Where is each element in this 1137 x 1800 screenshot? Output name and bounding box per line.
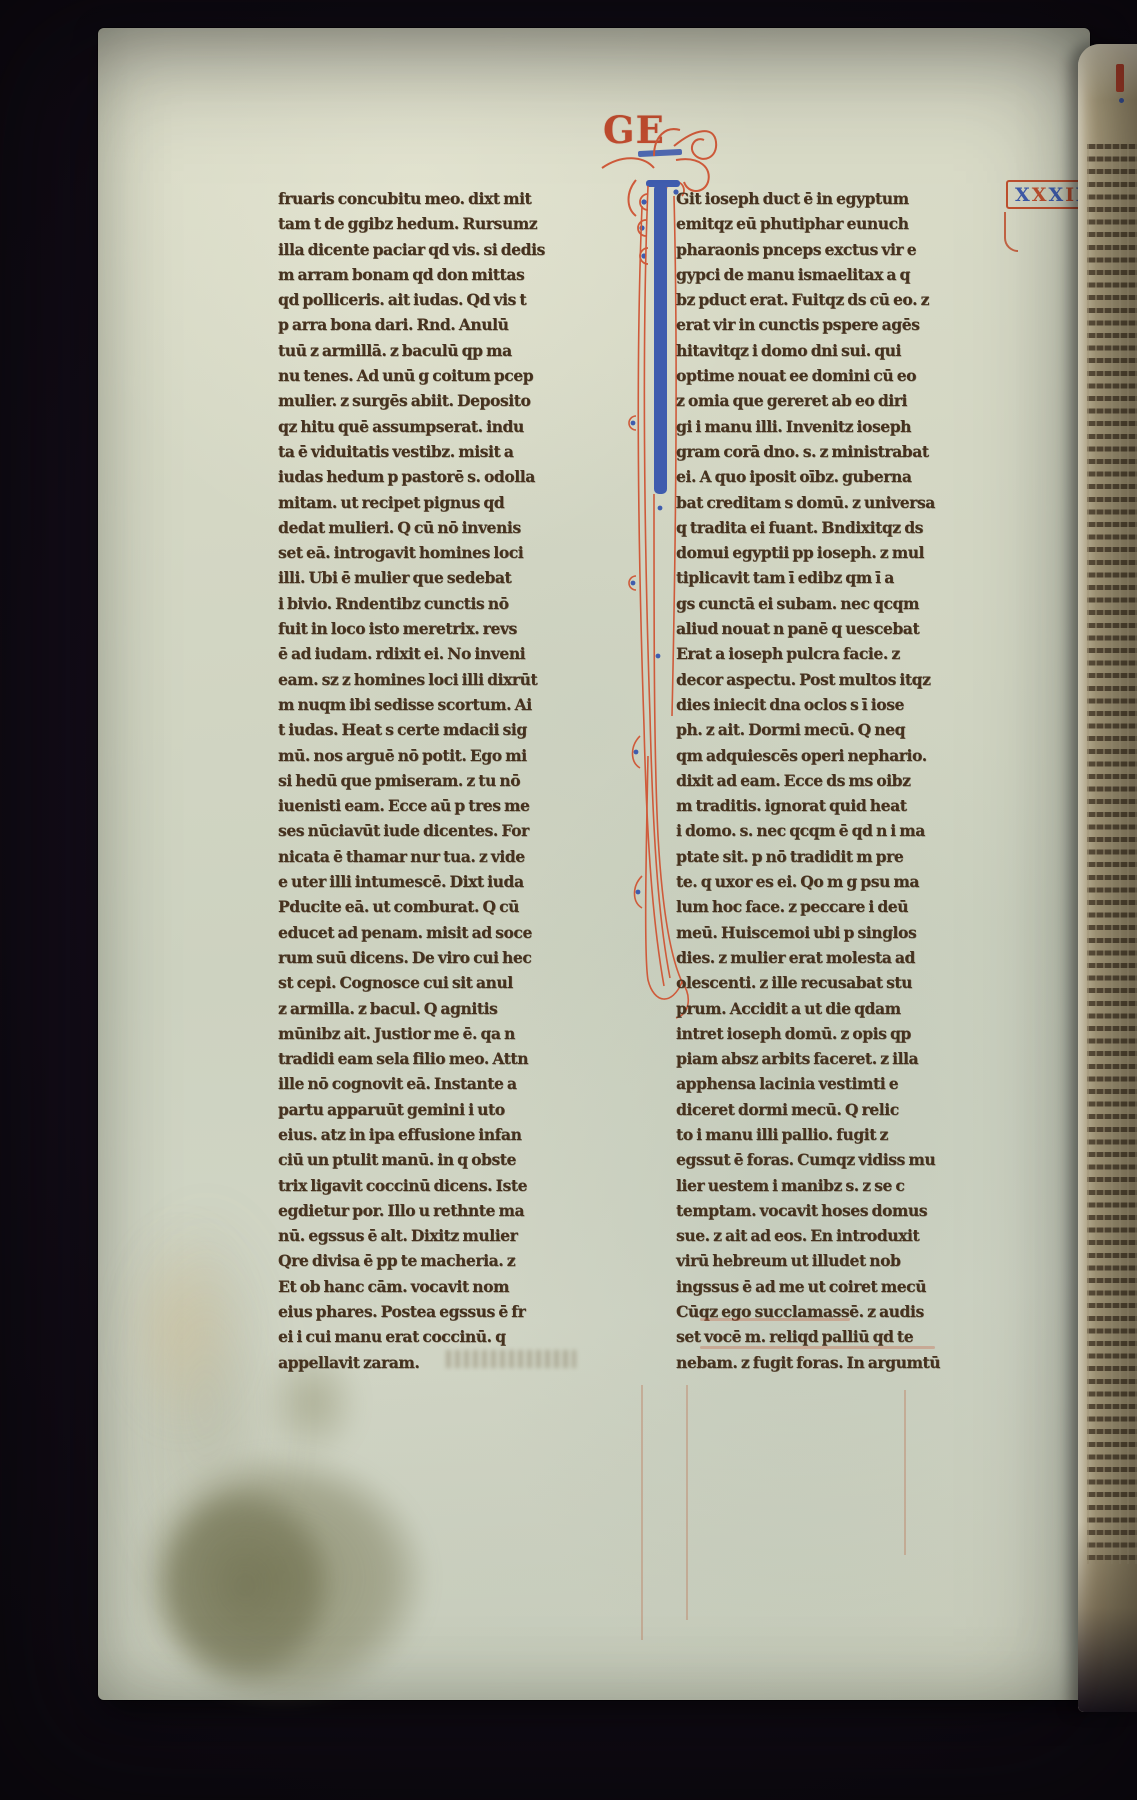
folio-edge-blue-dot xyxy=(1119,98,1124,103)
text-line: eam. sz z homines loci illi dixrūt xyxy=(278,667,570,692)
text-line: mū. nos arguē nō potit. Ego mi xyxy=(278,743,570,768)
text-line: domui egyptii pp ioseph. z mul xyxy=(676,540,1020,565)
ruling-line xyxy=(641,1385,643,1640)
text-line: partu apparuūt gemini i uto xyxy=(278,1097,570,1122)
text-line: to i manu illi pallio. fugit z xyxy=(676,1122,1020,1147)
text-line: ptate sit. p nō tradidit m pre xyxy=(676,844,1020,869)
text-line: gi i manu illi. Invenitz ioseph xyxy=(676,414,1020,439)
text-line: ei. A quo iposit oībz. guberna xyxy=(676,464,1020,489)
text-line: trix ligavit coccinū dicens. Iste xyxy=(278,1173,570,1198)
text-line: virū hebreum ut illudet nob xyxy=(676,1248,1020,1273)
tan-stain xyxy=(92,1178,272,1478)
olive-stain-blob xyxy=(124,1413,474,1713)
text-line: qz hitu quē assumpserat. indu xyxy=(278,414,570,439)
text-line: nu tenes. Ad unū g coitum pcep xyxy=(278,363,570,388)
chapter-letter: I xyxy=(1065,184,1076,206)
text-line: illa dicente paciar qd vis. si dedis xyxy=(278,237,570,262)
folio-edge-highlight xyxy=(1078,44,1137,100)
text-line: intret ioseph domū. z opis qp xyxy=(676,1021,1020,1046)
text-line: Erat a ioseph pulcra facie. z xyxy=(676,641,1020,666)
text-line: gs cunctā ei subam. nec qcqm xyxy=(676,591,1020,616)
text-line: z omia que gereret ab eo diri xyxy=(676,388,1020,413)
text-line: q tradita ei fuant. Bndixitqz ds xyxy=(676,515,1020,540)
text-line: dies iniecit dna oclos s ī iose xyxy=(676,692,1020,717)
text-line: fruaris concubitu meo. dixt mit xyxy=(278,186,570,211)
text-line: decor aspectu. Post multos itqz xyxy=(676,667,1020,692)
text-column-right: Git ioseph duct ē in egyptumemitqz eū ph… xyxy=(676,186,1020,1375)
text-line: gypci de manu ismaelitax a q xyxy=(676,262,1020,287)
text-line: optime nouat ee domini cū eo xyxy=(676,363,1020,388)
text-line: iuenisti eam. Ecce aū p tres me xyxy=(278,793,570,818)
text-line: tam t de ggibz hedum. Rursumz xyxy=(278,211,570,236)
text-column-left: fruaris concubitu meo. dixt mittam t de … xyxy=(278,186,570,1375)
text-line: iudas hedum p pastorē s. odolla xyxy=(278,464,570,489)
text-line: ph. z ait. Dormi mecū. Q neq xyxy=(676,717,1020,742)
text-line: nicata ē thamar nur tua. z vide xyxy=(278,844,570,869)
rubric-underline xyxy=(700,1346,935,1349)
manuscript-page: GE XXXIX xyxy=(98,28,1090,1700)
text-line: egssut ē foras. Cumqz vidiss mu xyxy=(676,1147,1020,1172)
adjacent-folio-edge xyxy=(1078,44,1137,1712)
text-line: sue. z ait ad eos. En introduxit xyxy=(676,1223,1020,1248)
folio-edge-text-lines xyxy=(1087,144,1137,1564)
text-line: bat creditam s domū. z universa xyxy=(676,490,1020,515)
text-line: pharaonis pnceps exctus vir e xyxy=(676,237,1020,262)
rubric-underline xyxy=(700,1318,850,1321)
text-line: diceret dormi mecū. Q relic xyxy=(676,1097,1020,1122)
text-line: si hedū que pmiseram. z tu nō xyxy=(278,768,570,793)
text-line: tuū z armillā. z baculū qp ma xyxy=(278,338,570,363)
ruling-line xyxy=(686,1385,688,1620)
text-line: Git ioseph duct ē in egyptum xyxy=(676,186,1020,211)
text-line: ciū un ptulit manū. in q obste xyxy=(278,1147,570,1172)
text-line: dixit ad eam. Ecce ds ms oibz xyxy=(676,768,1020,793)
text-line: lier uestem i manibz s. z se c xyxy=(676,1173,1020,1198)
text-line: apphensa lacinia vestimti e xyxy=(676,1071,1020,1096)
text-line: ses nūciavūt iude dicentes. For xyxy=(278,818,570,843)
text-line: rum suū dicens. De viro cui hec xyxy=(278,945,570,970)
text-line: z armilla. z bacul. Q agnitis xyxy=(278,996,570,1021)
text-line: educet ad penam. misit ad soce xyxy=(278,920,570,945)
text-line: ingssus ē ad me ut coiret mecū xyxy=(676,1274,1020,1299)
text-line: m traditis. ignorat quid heat xyxy=(676,793,1020,818)
text-line: erat vir in cunctis pspere agēs xyxy=(676,312,1020,337)
text-line: st cepi. Cognosce cui sit anul xyxy=(278,970,570,995)
text-line: p arra bona dari. Rnd. Anulū xyxy=(278,312,570,337)
chapter-letter: X xyxy=(1032,184,1049,206)
text-line: nū. egssus ē alt. Dixitz mulier xyxy=(278,1223,570,1248)
text-line: meū. Huiscemoi ubi p singlos xyxy=(676,920,1020,945)
text-line: qd polliceris. ait iudas. Qd vis t xyxy=(278,287,570,312)
text-line: mulier. z surgēs abiit. Deposito xyxy=(278,388,570,413)
text-line: aliud nouat n panē q uescebat xyxy=(676,616,1020,641)
text-line: Cūqz ego succlamassē. z audis xyxy=(676,1299,1020,1324)
text-line: ta ē viduitatis vestibz. misit a xyxy=(278,439,570,464)
text-line: hitavitqz i domo dni sui. qui xyxy=(676,338,1020,363)
text-line: Pducite eā. ut comburat. Q cū xyxy=(278,894,570,919)
text-line: bz pduct erat. Fuitqz ds cū eo. z xyxy=(676,287,1020,312)
chapter-letter: X xyxy=(1049,184,1066,206)
text-line: Et ob hanc cām. vocavit nom xyxy=(278,1274,570,1299)
text-line: piam absz arbits faceret. z illa xyxy=(676,1046,1020,1071)
folio-edge-rubric-initial xyxy=(1116,64,1124,92)
text-line: tiplicavit tam ī edibz qm ī a xyxy=(676,565,1020,590)
text-line: te. q uxor es ei. Qo m g psu ma xyxy=(676,869,1020,894)
text-line: temptam. vocavit hoses domus xyxy=(676,1198,1020,1223)
text-line: ille nō cognovit eā. Instante a xyxy=(278,1071,570,1096)
text-line: prum. Accidit a ut die qdam xyxy=(676,996,1020,1021)
text-line: nebam. z fugit foras. In argumtū xyxy=(676,1350,1020,1375)
text-line: ē ad iudam. rdixit ei. No inveni xyxy=(278,641,570,666)
text-line: i domo. s. nec qcqm ē qd n i ma xyxy=(676,818,1020,843)
text-line: egdietur por. Illo u rethnte ma xyxy=(278,1198,570,1223)
text-line: mūnibz ait. Justior me ē. qa n xyxy=(278,1021,570,1046)
text-line: e uter illi intumescē. Dixt iuda xyxy=(278,869,570,894)
text-line: appellavit zaram. xyxy=(278,1350,570,1375)
olive-stain-core xyxy=(140,1468,350,1703)
text-line: t iudas. Heat s certe mdacii sig xyxy=(278,717,570,742)
text-line: m arram bonam qd don mittas xyxy=(278,262,570,287)
text-line: mitam. ut recipet pignus qd xyxy=(278,490,570,515)
text-line: tradidi eam sela filio meo. Attn xyxy=(278,1046,570,1071)
text-line: m nuqm ibi sedisse scortum. Ai xyxy=(278,692,570,717)
text-line: qm adquiescēs operi nephario. xyxy=(676,743,1020,768)
text-line: eius. atz in ipa effusione infan xyxy=(278,1122,570,1147)
text-line: i bivio. Rndentibz cunctis nō xyxy=(278,591,570,616)
text-line: gram corā dno. s. z ministrabat xyxy=(676,439,1020,464)
text-line: lum hoc face. z peccare i deū xyxy=(676,894,1020,919)
manuscript-photo: GE XXXIX xyxy=(0,0,1137,1800)
text-line: ei i cui manu erat coccinū. q xyxy=(278,1324,570,1349)
text-line: eius phares. Postea egssus ē fr xyxy=(278,1299,570,1324)
text-line: olescenti. z ille recusabat stu xyxy=(676,970,1020,995)
folio-edge-shadow xyxy=(1078,1522,1137,1712)
text-line: dies. z mulier erat molesta ad xyxy=(676,945,1020,970)
ruling-line xyxy=(904,1390,906,1555)
text-line: set eā. introgavit homines loci xyxy=(278,540,570,565)
text-line: dedat mulieri. Q cū nō invenis xyxy=(278,515,570,540)
text-line: Qre divisa ē pp te macheria. z xyxy=(278,1248,570,1273)
text-line: fuit in loco isto meretrix. revs xyxy=(278,616,570,641)
text-line: emitqz eū phutiphar eunuch xyxy=(676,211,1020,236)
text-line: illi. Ubi ē mulier que sedebat xyxy=(278,565,570,590)
